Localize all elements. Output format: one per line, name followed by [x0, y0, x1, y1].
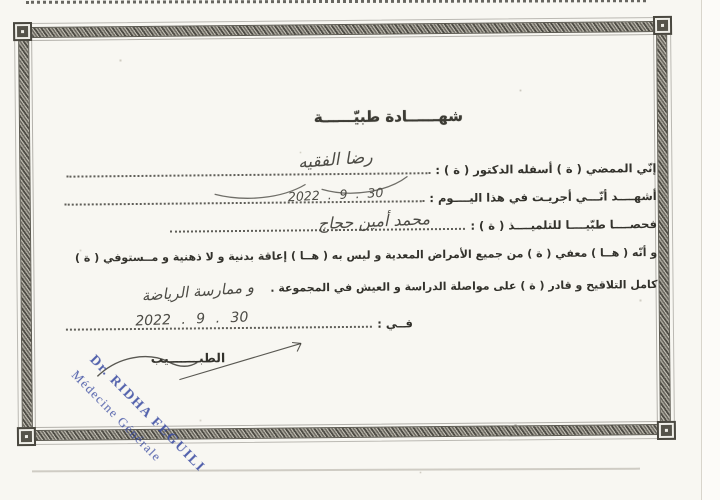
frame-corner-ornament	[653, 16, 672, 35]
line-exam-date-label: أشهــــد أنّـــي أجريـت في هذا اليــــوم…	[429, 189, 656, 205]
certificate-frame: شهــــــادة طبيّــــــة إنّي الممضي ( ة …	[18, 21, 671, 441]
frame-corner-ornament	[657, 421, 676, 440]
frame-corner-ornament	[17, 427, 36, 446]
line-vaccines-text: كامل التلاقيح و قادر ( ة ) على مواصلة ال…	[270, 278, 657, 295]
scanner-edge-top	[26, 0, 646, 4]
scanner-margin-right	[702, 0, 720, 500]
line-issue-date-label: فــي :	[377, 316, 413, 330]
scanned-certificate: { "page": { "paper_color": "#f8f7f2", "f…	[0, 0, 720, 500]
frame-corner-ornament	[13, 22, 32, 41]
doctor-signature-stroke	[93, 340, 308, 384]
line-doctor-label: إنّي الممضي ( ة ) أسفله الدكتور ( ة ) :	[435, 161, 656, 177]
paper-shadow-bottom	[32, 468, 640, 473]
line-student-label: فحصــــا طبّيــــا للتلميــــذ ( ة ) :	[470, 217, 657, 233]
scan-speckles	[0, 0, 1, 1]
